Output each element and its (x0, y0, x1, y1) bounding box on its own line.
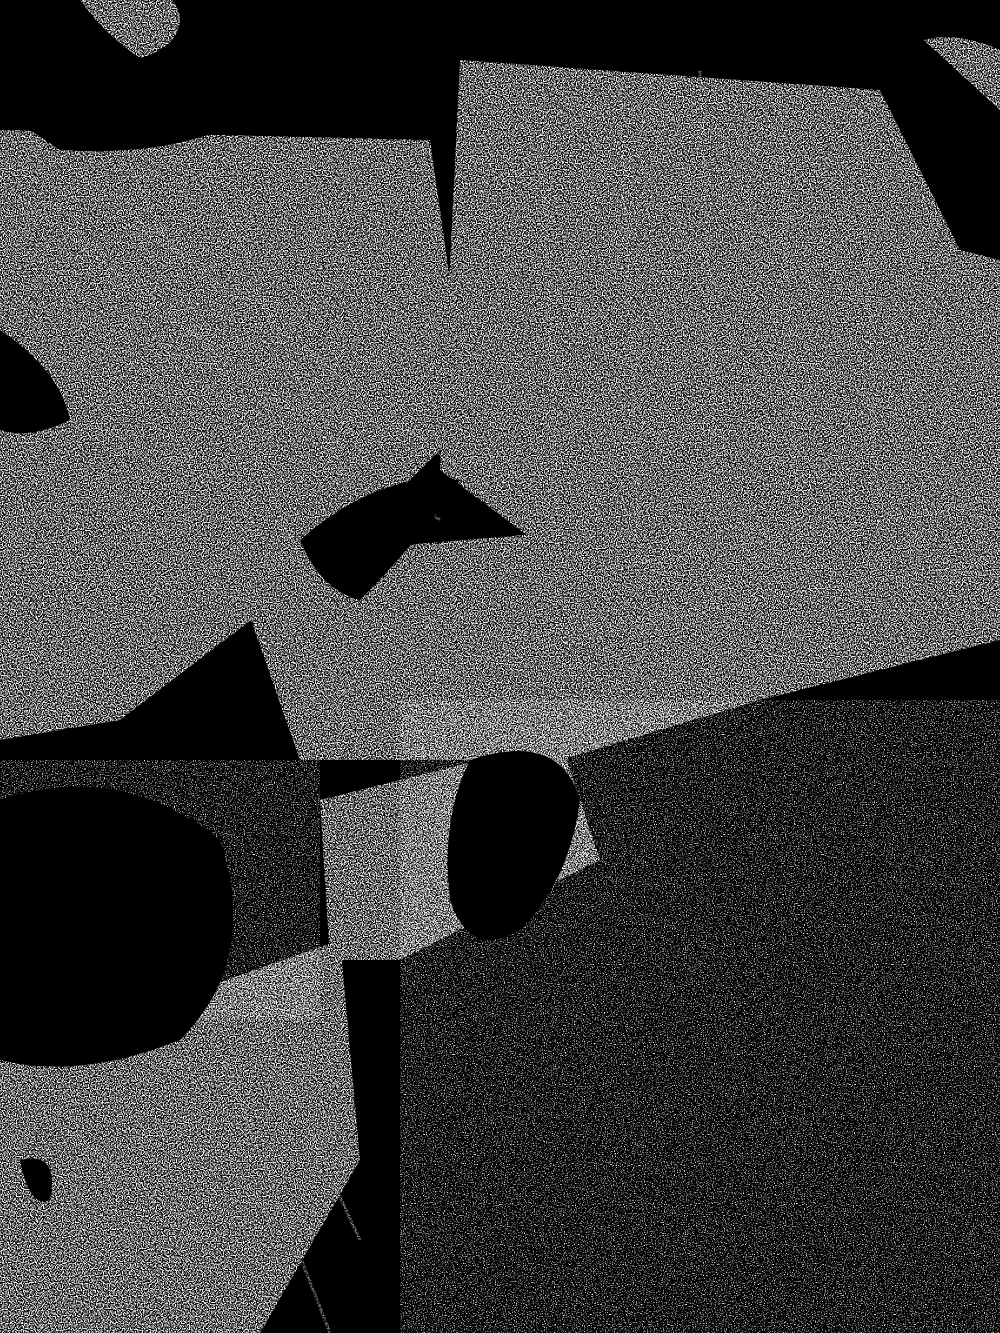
stippled-artwork (0, 0, 1000, 1333)
artwork-container (0, 0, 1000, 1333)
